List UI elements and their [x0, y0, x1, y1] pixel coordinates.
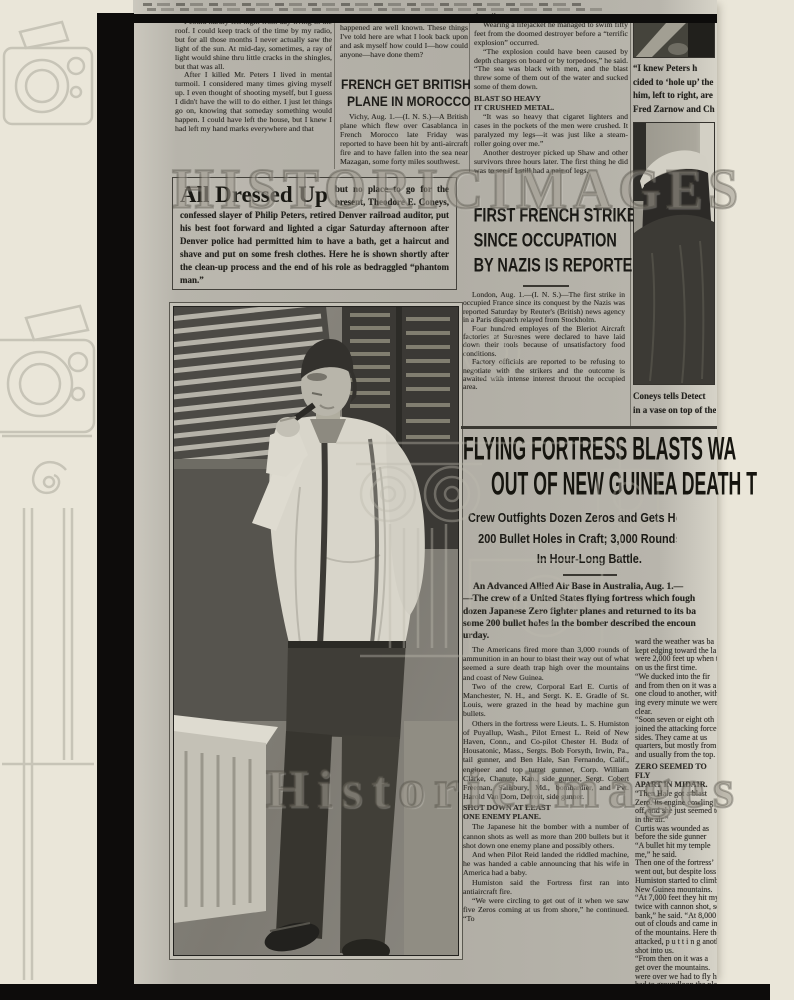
film-mount-bottom-strip	[0, 984, 770, 1000]
headline-french-plane-line2: PLANE IN MOROCCO	[347, 93, 471, 109]
article-column-destroyer-survivor: the rails. Wearing a lifejacket he manag…	[474, 12, 628, 203]
paragraph: And when Pilot Reid landed the riddled m…	[463, 850, 629, 878]
article-french-strike-body: London, Aug. 1.—(I. N. S.)—The first str…	[463, 291, 625, 423]
column-icon	[2, 436, 94, 980]
paragraph: “We were circling to get out of it when …	[463, 896, 629, 924]
deck-line: Crew Outfights Dozen Zeros and Gets Home	[463, 508, 676, 529]
text-line: Zero. Its engine cowling	[635, 799, 717, 808]
text-line: went out, but despite loss o	[635, 868, 717, 877]
caption-line: cided to ‘hole up’ the	[633, 76, 716, 90]
text-line: and from then on it was a r	[635, 682, 717, 691]
text-line: off, and she just seemed to f	[635, 807, 717, 816]
text-line: shot into us.	[635, 947, 717, 956]
caption-line: in a vase on top of the	[633, 404, 716, 418]
paragraph: Vichy, Aug. 1.—(I. N. S.)—A British plan…	[340, 113, 468, 166]
text-line: “Soon seven or eight oth	[635, 716, 717, 725]
fortress-lead-paragraph: An Advanced Allied Air Base in Australia…	[463, 581, 717, 643]
column-rule	[334, 16, 335, 169]
text-line: kept edging toward the la	[635, 647, 717, 656]
headline-french-plane-line1: FRENCH GET BRITISH	[341, 76, 471, 92]
text-line: me,” he said.	[635, 851, 717, 860]
text-line: clear.	[635, 708, 717, 717]
lead-line: An Advanced Allied Air Base in Australia…	[463, 581, 717, 593]
paragraph: Another destroyer picked up Shaw and oth…	[474, 149, 628, 176]
paragraph: “It was so heavy that cigaret lighters a…	[474, 113, 628, 149]
deck-flying-fortress: Crew Outfights Dozen Zeros and Gets Home…	[463, 508, 717, 570]
paragraph: The Japanese hit the bomber with a numbe…	[463, 822, 629, 850]
torn-text-fragment	[147, 8, 602, 11]
lead-line: some 200 bullet holes in the bomber desc…	[463, 618, 717, 630]
paragraph: Two of the crew, Corporal Earl E. Curtis…	[463, 682, 629, 719]
film-mount-top-strip	[97, 14, 717, 23]
text-line: get over the mountains.	[635, 964, 717, 973]
text-line: twice with cannon shot, so I	[635, 903, 717, 912]
text-line: Curtis was wounded as	[635, 825, 717, 834]
lead-line: dozen Japanese Zero fighter planes and r…	[463, 606, 717, 618]
radiator	[174, 715, 278, 923]
section-rule	[461, 426, 717, 429]
fortress-left-column: The Americans fired more than 3,000 roun…	[463, 645, 629, 983]
article-column-phantom-confession: I could hardly tell night from day livin…	[175, 18, 332, 170]
text-line: ward the weather was ba	[635, 638, 717, 647]
text-line: “Then Hale got a blast	[635, 790, 717, 799]
photo-coneys-smoking-cigar	[173, 306, 459, 956]
caption-line: him, left to right, are	[633, 89, 716, 103]
paragraph: Others in the fortress were Lieuts. L. S…	[463, 719, 629, 802]
film-mount-left-strip	[97, 13, 134, 1000]
text-line: “We ducked into the fir	[635, 673, 717, 682]
text-line: were 2,000 feet up when they	[635, 655, 717, 664]
paragraph: The Americans fired more than 3,000 roun…	[463, 645, 629, 682]
lead-line: —The crew of a United States flying fort…	[463, 593, 717, 605]
text-line: quarters, but mostly from t	[635, 742, 717, 751]
text-line: Then one of the fortress’	[635, 859, 717, 868]
article-french-plane-body: Vichy, Aug. 1.—(I. N. S.)—A British plan…	[340, 113, 468, 173]
camera-icon	[4, 22, 92, 124]
caption-headline: All Dressed Up	[180, 183, 328, 207]
paragraph: I could hardly tell night from day livin…	[175, 18, 332, 71]
caption-coneys-tells-detective: Coneys tells Detectin a vase on top of t…	[633, 390, 716, 420]
text-line: out of clouds and came in	[635, 920, 717, 929]
photo-top-right-fragment	[633, 22, 715, 58]
caption-line: “I knew Peters h	[633, 62, 716, 76]
headline-first-french-strike: FIRST FRENCH STRIKE SINCE OCCUPATION BY …	[461, 203, 629, 278]
paragraph: Wearing a lifejacket he managed to swim …	[474, 21, 628, 48]
deck-line: In Hour-Long Battle.	[463, 549, 676, 570]
text-line: sides. They came at us	[635, 734, 717, 743]
paragraph: Four hundred employes of the Bleriot Air…	[463, 325, 625, 359]
press-photo-scan: I could hardly tell night from day livin…	[0, 0, 794, 1000]
article-column-confession-end: detail of my life, so the things that ha…	[340, 15, 468, 73]
text-line: before the side gunner	[635, 833, 717, 842]
caption-line: Coneys tells Detect	[633, 390, 716, 404]
caption-line: Fred Zarnow and Ch	[633, 103, 716, 117]
paragraph: London, Aug. 1.—(I. N. S.)—The first str…	[463, 291, 625, 325]
subhead: BLAST SO HEAVYIT CRUSHED METAL.	[474, 94, 628, 112]
subhead-shot-down: SHOT DOWN AT LEASTONE ENEMY PLANE.	[463, 803, 629, 821]
text-line: one cloud to another, with	[635, 690, 717, 699]
photo-coneys-illustration	[174, 307, 459, 956]
text-line: “At 7,000 feet they hit my	[635, 894, 717, 903]
fortress-right-column: ward the weather was bakept edging towar…	[635, 638, 717, 984]
text-line: of the mountains. Here the	[635, 929, 717, 938]
deck-line: 200 Bullet Holes in Craft; 3,000 Rounds …	[463, 529, 676, 550]
paragraph: Factory officials are reported to be ref…	[463, 358, 625, 392]
text-line: “From then on it was a	[635, 955, 717, 964]
caption-i-knew-peters: “I knew Peters hcided to ‘hole up’ thehi…	[633, 62, 716, 118]
text-line: bank,” he said. “At 8,000	[635, 912, 717, 921]
headline-flying-fortress-line1: FLYING FORTRESS BLASTS WA	[463, 431, 736, 467]
text-line: Humiston started to climb	[635, 877, 717, 886]
photo-coneys-with-detective	[633, 122, 715, 385]
newspaper-clipping: I could hardly tell night from day livin…	[133, 0, 717, 985]
text-line: ing every minute we were	[635, 699, 717, 708]
paragraph: “The explosion could have been caused by…	[474, 48, 628, 93]
torn-text-fragment	[143, 3, 583, 6]
text-line: and usually from the top.	[635, 751, 717, 760]
caption-box-all-dressed-up: All Dressed Up but no place to go for th…	[172, 177, 457, 290]
text-line: in the air.”	[635, 816, 717, 825]
headline-flying-fortress-line2: OUT OF NEW GUINEA DEATH T	[491, 466, 757, 502]
camera-icon	[0, 306, 94, 432]
paragraph: After I killed Mr. Peters I lived in men…	[175, 71, 332, 133]
deck-divider-rule	[563, 574, 617, 576]
text-line: “A bullet hit my temple	[635, 842, 717, 851]
text-line: were over we had to fly hi	[635, 973, 717, 982]
paragraph: Humiston said the Fortress first ran int…	[463, 878, 629, 896]
text-line: New Guinea mountains.	[635, 886, 717, 895]
text-line: joined the attacking force	[635, 725, 717, 734]
text-line: on us the first time.	[635, 664, 717, 673]
subhead-zero-midair: ZERO SEEMED TO FLYAPART IN MIDAIR.	[635, 762, 717, 789]
headline-divider-rule	[523, 285, 569, 287]
text-line: attacked, p u t t i n g anothe	[635, 938, 717, 947]
